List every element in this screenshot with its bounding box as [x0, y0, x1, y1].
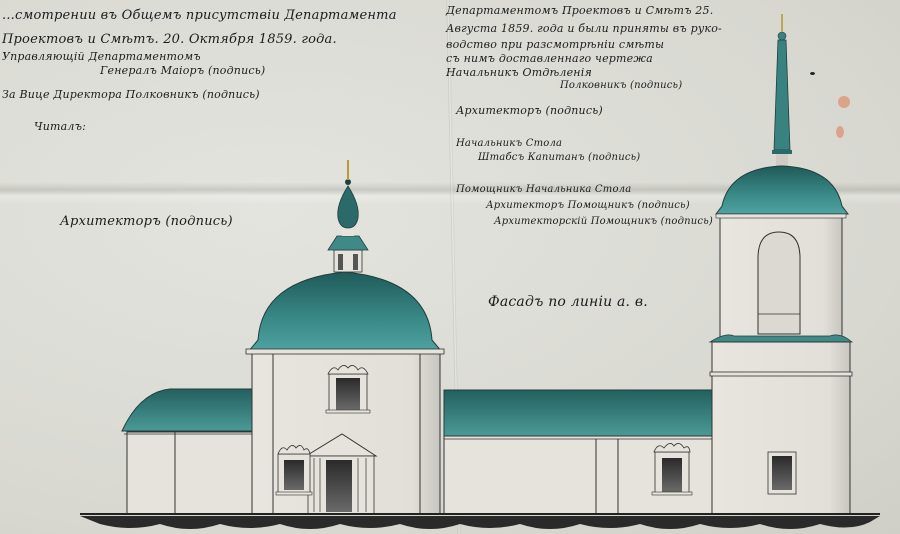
- ground-shadow: [80, 516, 880, 529]
- refectory-section: [444, 390, 736, 514]
- west-annex: [122, 389, 252, 514]
- central-church-body: [246, 160, 444, 514]
- drawing-sheet: ...смотрении въ Общемъ присутствіи Депар…: [0, 0, 900, 534]
- church-facade-drawing: [0, 0, 900, 534]
- bell-tower: [710, 14, 852, 514]
